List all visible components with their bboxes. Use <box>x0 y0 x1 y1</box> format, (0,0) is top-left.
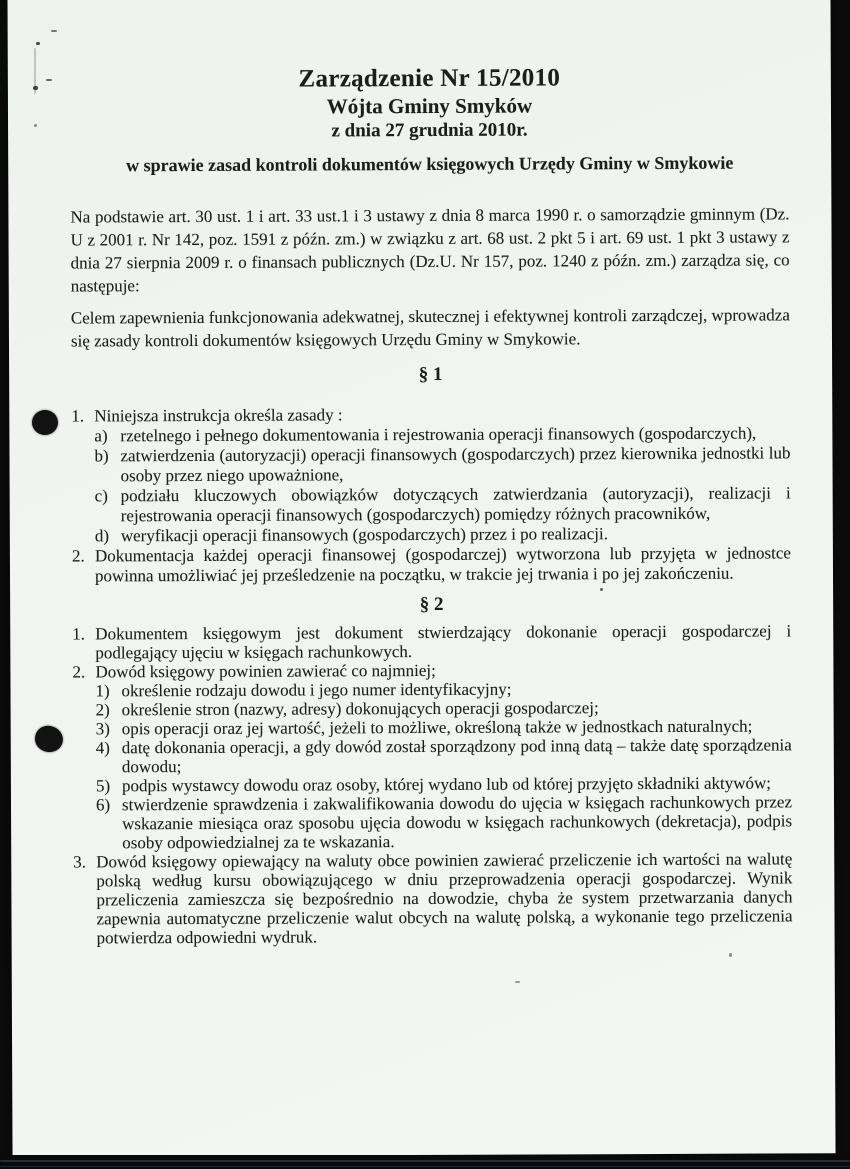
legal-basis-paragraph: Na podstawie art. 30 ust. 1 i art. 33 us… <box>70 202 789 297</box>
subitem-label: 6) <box>96 795 122 814</box>
subitem-label: 2) <box>96 700 122 719</box>
item-text: Dowód księgowy opiewający na waluty obce… <box>96 849 792 947</box>
document-page: Zarządzenie Nr 15/2010 Wójta Gminy Smykó… <box>7 0 835 1157</box>
section-2-heading: § 2 <box>72 592 791 616</box>
ink-speck <box>600 588 603 591</box>
section-1-list: 1. Niniejsza instrukcja określa zasady :… <box>71 403 791 586</box>
scan-bottom-border <box>0 1155 850 1169</box>
ink-speck <box>51 30 57 32</box>
document-subject: w sprawie zasad kontroli dokumentów księ… <box>70 150 789 177</box>
list-subitem: 4) datę dokonania operacji, a gdy dowód … <box>96 735 792 776</box>
subitem-label: 5) <box>96 776 122 795</box>
scan-glint-line <box>0 1166 850 1167</box>
page-content: Zarządzenie Nr 15/2010 Wójta Gminy Smykó… <box>7 0 835 1157</box>
section-1-heading: § 1 <box>71 362 790 386</box>
item-text: Dokumentem księgowym jest dokument stwie… <box>95 621 791 662</box>
document-title-line1: Zarządzenie Nr 15/2010 <box>70 62 789 94</box>
ink-speck <box>729 953 732 957</box>
list-subitem: c) podziału kluczowych obowiązków dotycz… <box>95 483 791 526</box>
ink-speck <box>46 79 52 81</box>
subitem-text: zatwierdzenia (autoryzacji) operacji fin… <box>120 443 790 486</box>
item-number: 1. <box>72 624 95 643</box>
item-text: Dokumentacja każdej operacji finansowej … <box>95 543 791 586</box>
item-number: 2. <box>72 546 95 566</box>
punch-hole-top <box>32 410 58 435</box>
document-title-line2: Wójta Gminy Smyków <box>70 91 789 120</box>
list-subitem: b) zatwierdzenia (autoryzacji) operacji … <box>94 443 790 486</box>
ink-speck <box>33 86 38 90</box>
ink-speck <box>36 42 40 45</box>
subitem-label: 4) <box>96 738 122 757</box>
intro-paragraph: Celem zapewnienia funkcjonowania adekwat… <box>71 303 790 352</box>
subitem-label: 3) <box>96 719 122 738</box>
subitem-text: podziału kluczowych obowiązków dotyczący… <box>121 483 791 526</box>
scan-glint-line <box>0 1160 850 1162</box>
ink-speck <box>34 124 37 127</box>
subitem-text: datę dokonania operacji, a gdy dowód zos… <box>122 735 792 776</box>
list-item: 1. Dokumentem księgowym jest dokument st… <box>72 621 791 662</box>
document-scan: Zarządzenie Nr 15/2010 Wójta Gminy Smykó… <box>0 0 850 1169</box>
item-number: 2. <box>72 662 95 681</box>
list-subitem: 6) stwierdzenie sprawdzenia i zakwalifik… <box>96 792 792 852</box>
list-item: 3. Dowód księgowy opiewający na waluty o… <box>73 849 792 947</box>
item-number: 3. <box>73 852 96 871</box>
ink-speck <box>515 981 520 983</box>
subitem-label: b) <box>94 446 120 466</box>
subitem-label: c) <box>95 486 121 506</box>
section-2-list: 1. Dokumentem księgowym jest dokument st… <box>72 621 792 947</box>
subitem-label: a) <box>94 426 120 446</box>
subitem-label: d) <box>95 526 121 546</box>
subitem-label: 1) <box>95 681 121 700</box>
subitem-text: stwierdzenie sprawdzenia i zakwalifikowa… <box>122 792 792 852</box>
document-title-line3: z dnia 27 grudnia 2010r. <box>70 117 789 144</box>
list-item: 2. Dokumentacja każdej operacji finansow… <box>72 543 791 586</box>
item-number: 1. <box>71 406 94 426</box>
